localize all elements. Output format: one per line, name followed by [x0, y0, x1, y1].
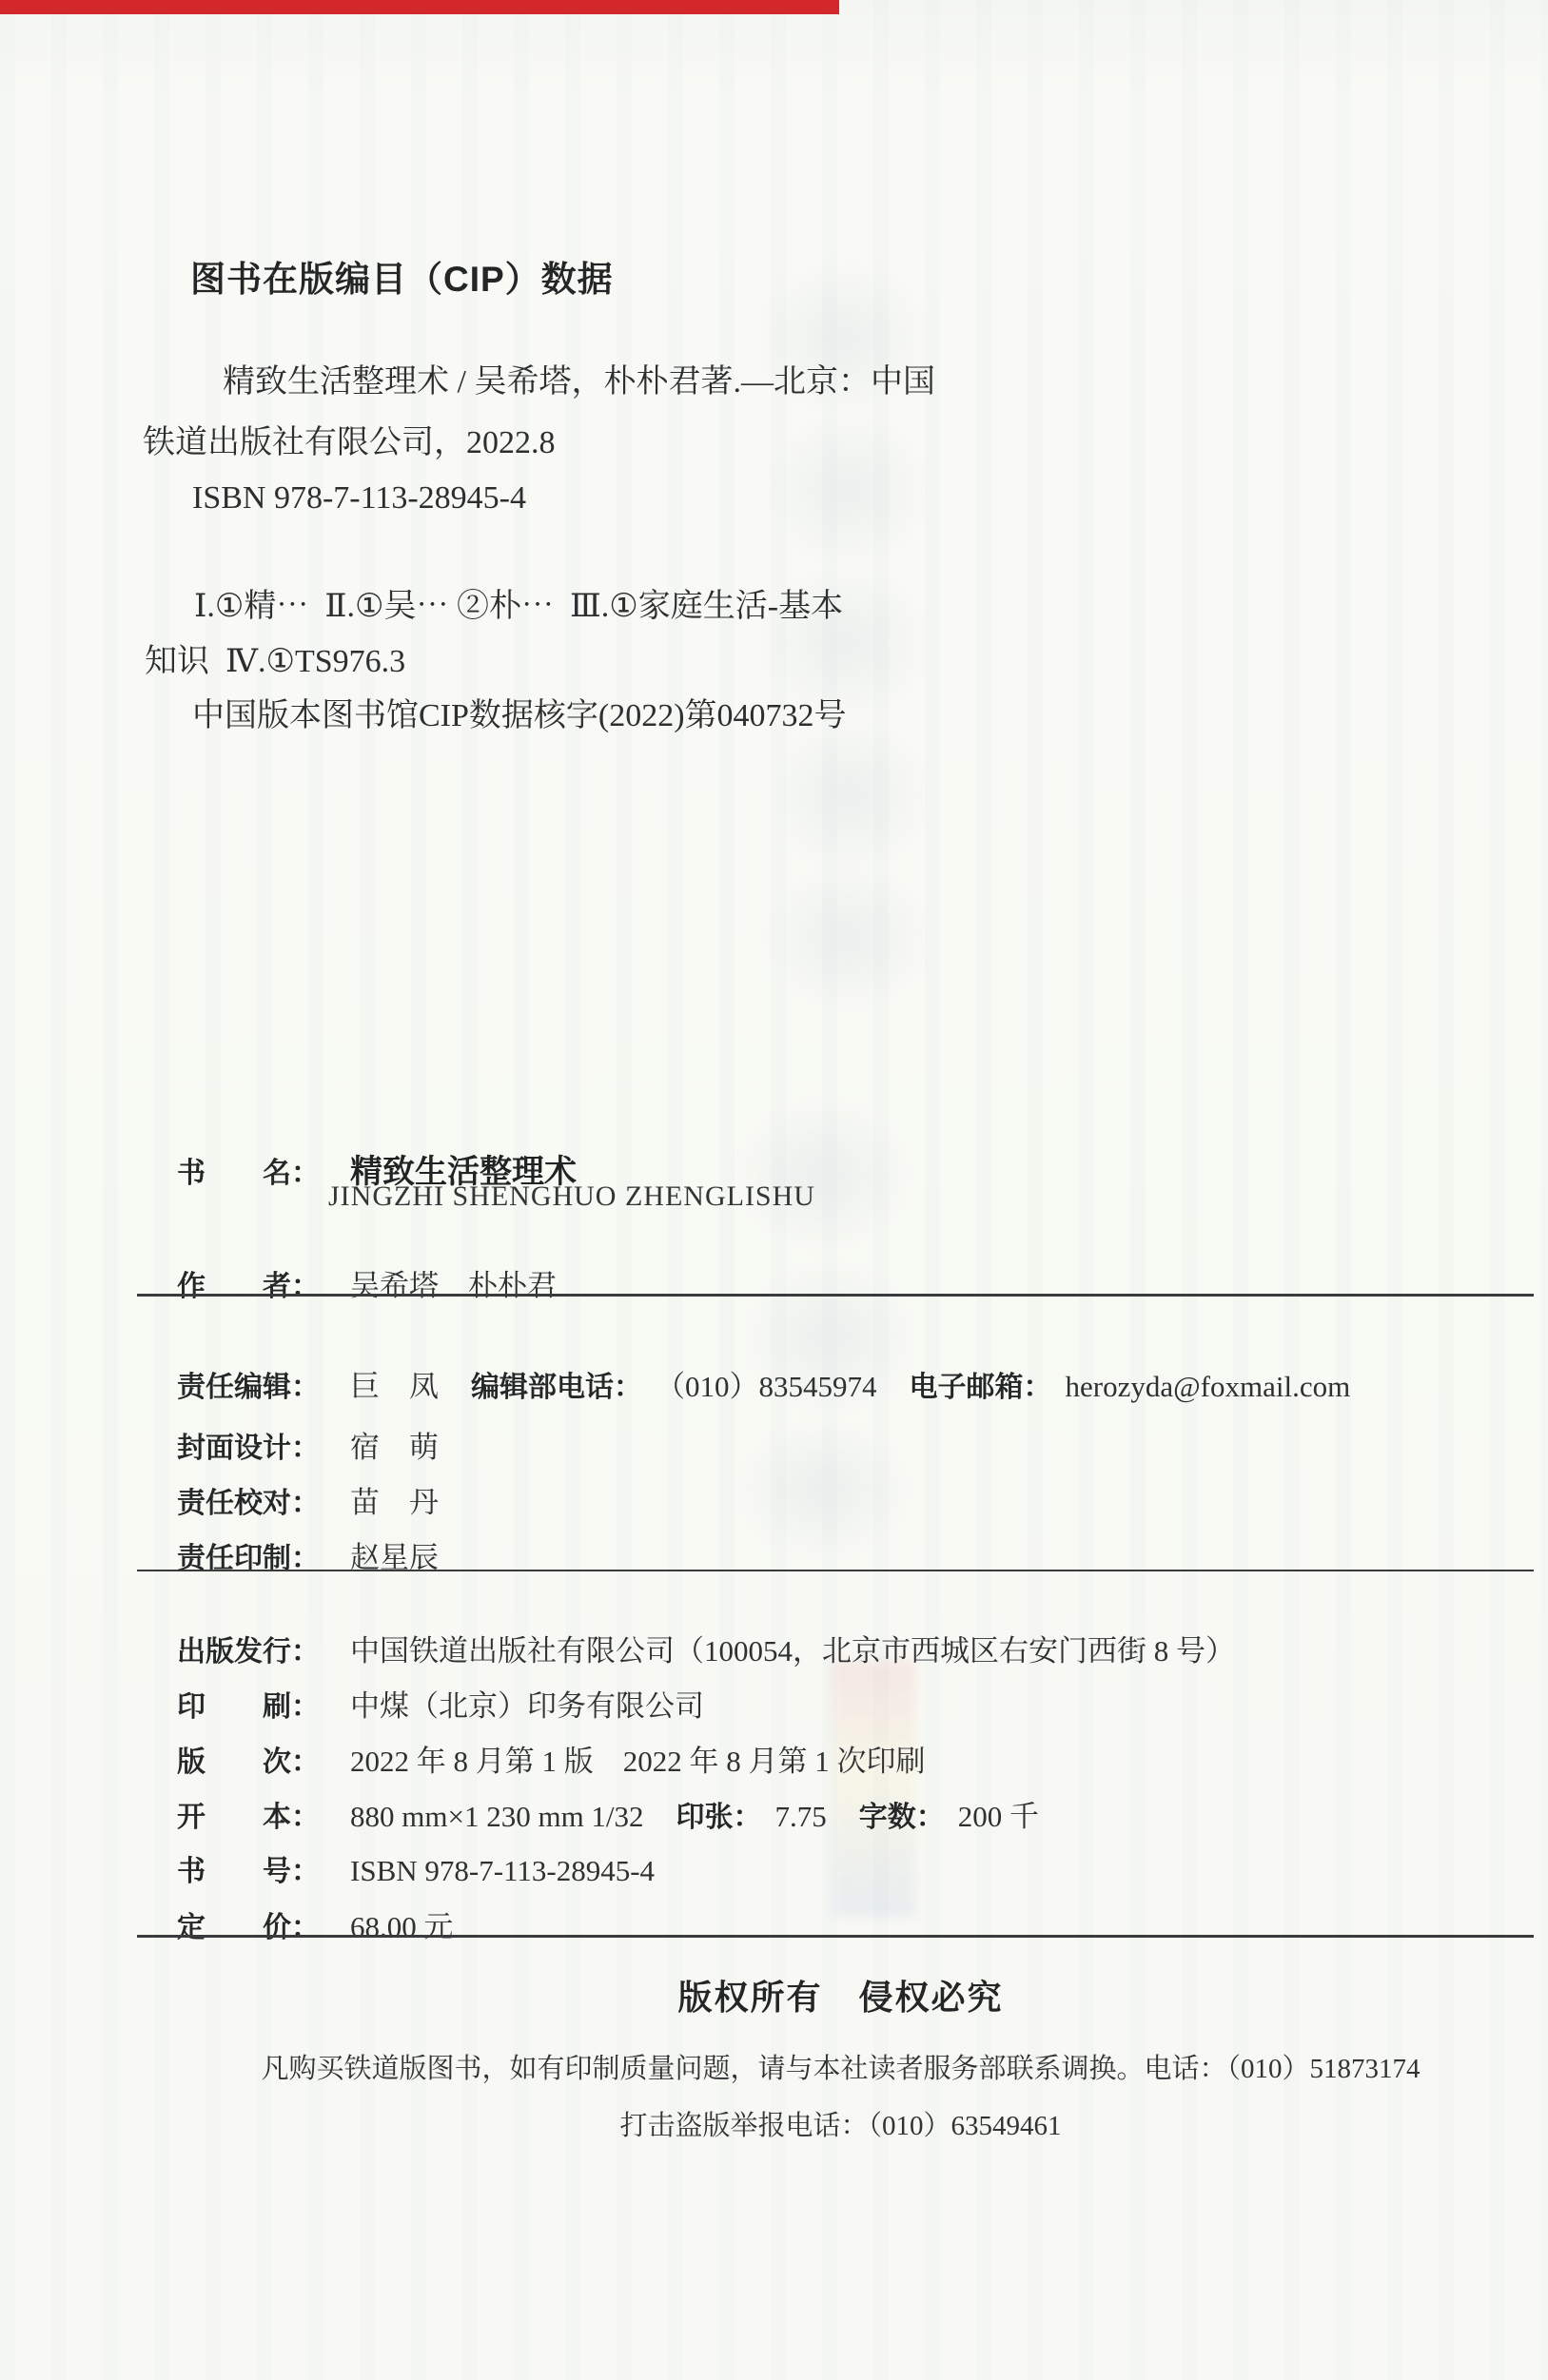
- sheets-value: 7.75: [775, 1800, 827, 1833]
- book-author-label: 作 者：: [177, 1262, 337, 1304]
- price-value: 68.00 元: [350, 1910, 454, 1943]
- showthrough-blob: [733, 1094, 913, 1256]
- sheets-label: 印张：: [676, 1793, 762, 1835]
- editorial-phone-label: 编辑部电话：: [471, 1363, 642, 1405]
- book-author-row: 作 者：吴希塔 朴朴君: [147, 1227, 557, 1338]
- wordcount-value: 200 千: [958, 1800, 1039, 1833]
- divider-rule-top: [137, 1294, 1534, 1297]
- cip-classification-line-1: Ⅰ.①精⋯ Ⅱ.①吴⋯ ②朴⋯ Ⅲ.①家庭生活-基本: [194, 588, 843, 626]
- cip-registry-number: 中国版本图书馆CIP数据核字(2022)第040732号: [192, 697, 847, 735]
- book-title-label: 书 名：: [177, 1149, 337, 1191]
- showthrough-blob: [766, 713, 932, 875]
- cip-classification-line-2: 知识 Ⅳ.①TS976.3: [145, 643, 405, 681]
- cip-header: 图书在版编目（CIP）数据: [190, 259, 614, 301]
- copyright-page: 图书在版编目（CIP）数据 精致生活整理术 / 吴希塔，朴朴君著.—北京：中国 …: [0, 0, 1548, 2380]
- price-row: 定 价：68.00 元: [147, 1868, 454, 1980]
- cip-record-line-1: 精致生活整理术 / 吴希塔，朴朴君著.—北京：中国: [223, 363, 935, 401]
- showthrough-blob: [761, 409, 932, 571]
- book-title-pinyin: JINGZHI SHENGHUO ZHENGLISHU: [328, 1180, 815, 1213]
- wordcount-label: 字数：: [859, 1793, 945, 1835]
- book-authors: 吴希塔 朴朴君: [350, 1269, 557, 1302]
- showthrough-blob: [761, 861, 932, 1013]
- red-scan-strip: [0, 0, 839, 14]
- email-address: herozyda@foxmail.com: [1066, 1370, 1351, 1403]
- copyright-notice: 版权所有 侵权必究: [147, 1971, 1534, 2019]
- divider-rule-middle: [137, 1570, 1534, 1571]
- anti-piracy-hotline: 打击盗版举报电话：（010）63549461: [147, 2104, 1534, 2143]
- quality-service-note: 凡购买铁道版图书，如有印制质量问题，请与本社读者服务部联系调换。电话：（010）…: [147, 2047, 1534, 2086]
- price-label: 定 价：: [177, 1903, 337, 1945]
- cip-record-line-2: 铁道出版社有限公司，2022.8: [143, 424, 556, 462]
- cip-isbn-line: ISBN 978-7-113-28945-4: [192, 479, 526, 517]
- divider-rule-bottom: [137, 1935, 1534, 1938]
- email-label: 电子邮箱：: [910, 1363, 1052, 1405]
- editorial-phone-number: （010）83545974: [656, 1370, 877, 1403]
